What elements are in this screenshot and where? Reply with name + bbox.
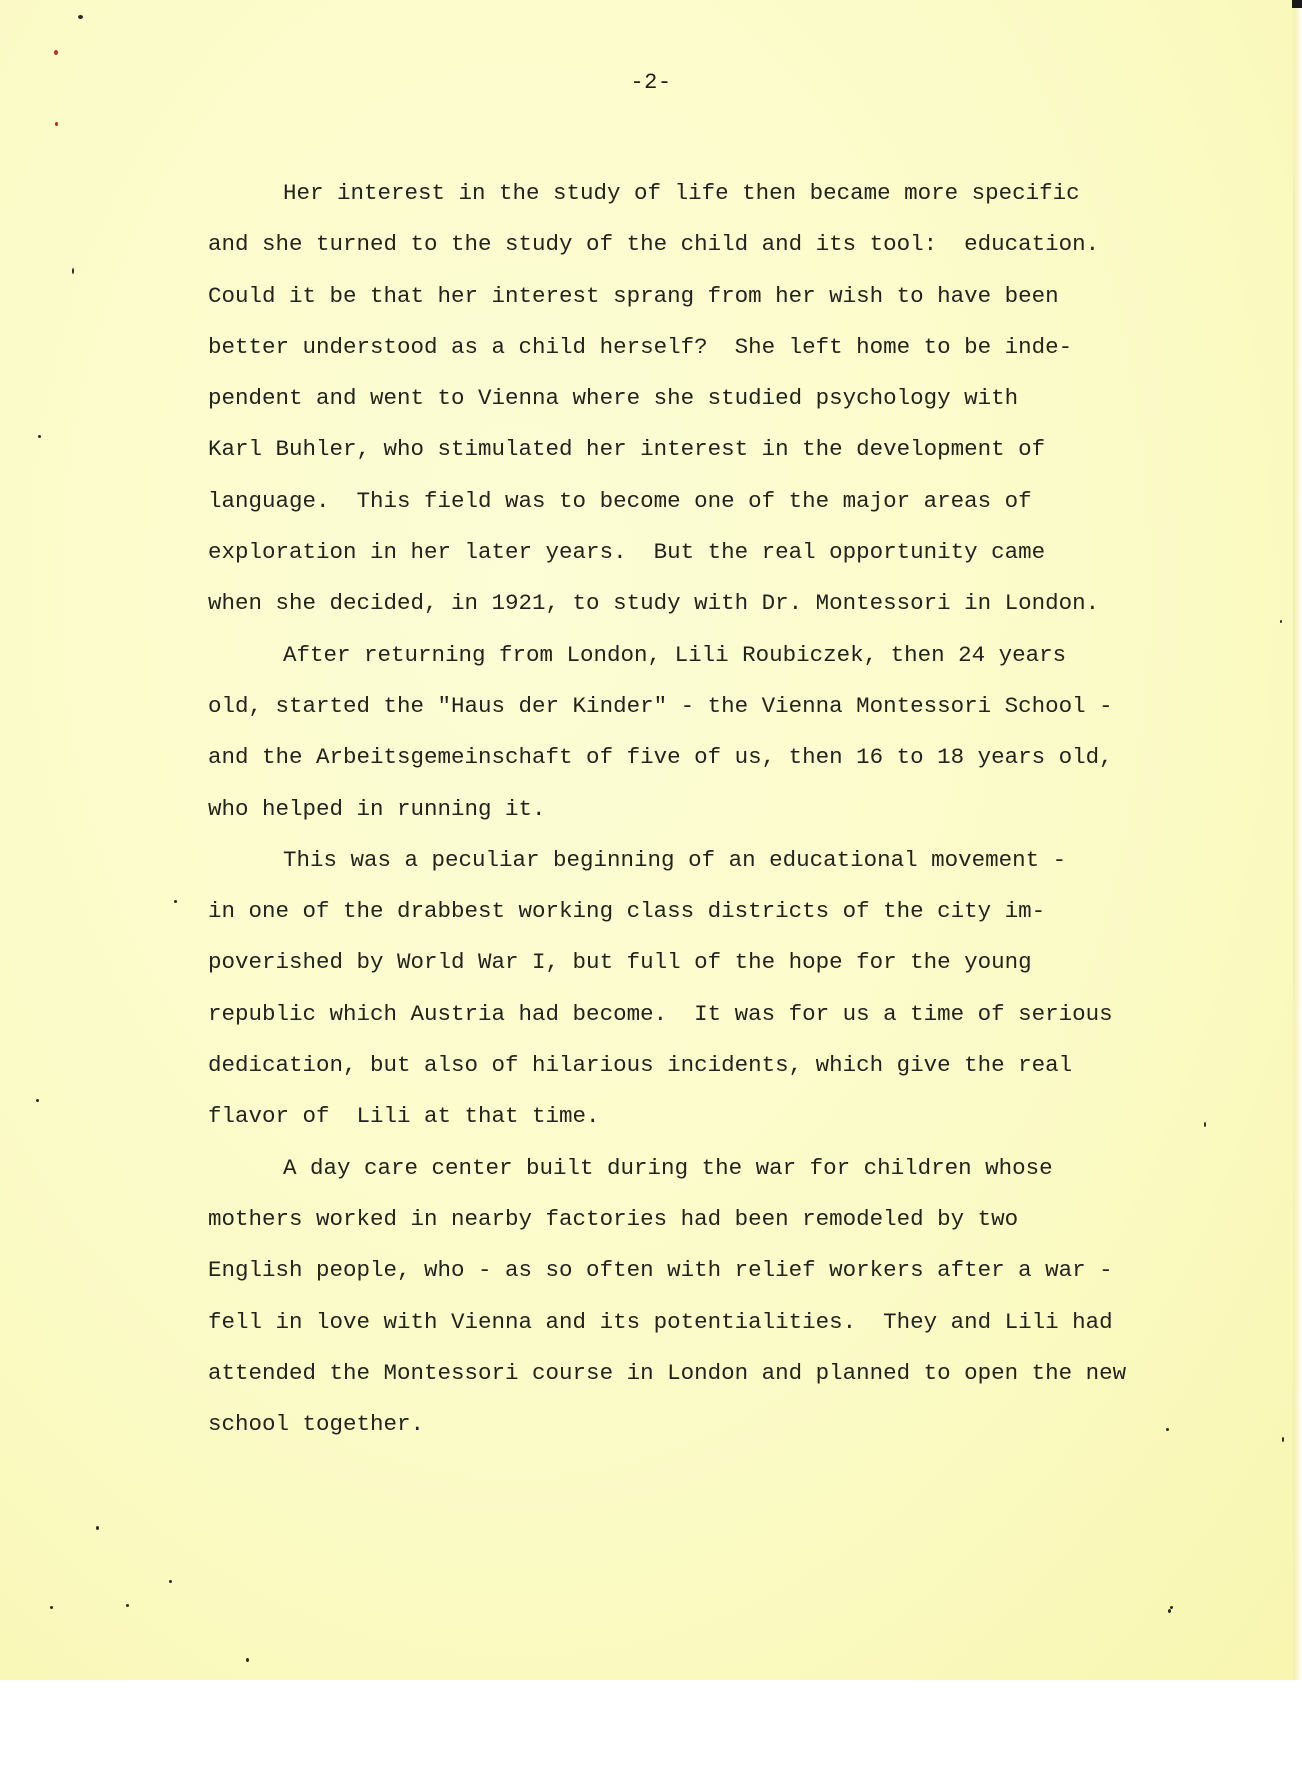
text-line: poverished by World War I, but full of t… (208, 937, 1198, 988)
text-line: language. This field was to become one o… (208, 476, 1198, 527)
scan-speck (36, 1099, 39, 1102)
text-line: attended the Montessori course in London… (208, 1348, 1198, 1399)
text-line: school together. (208, 1399, 1198, 1450)
text-line: Could it be that her interest sprang fro… (208, 271, 1198, 322)
page-edge-shadow (1293, 0, 1302, 1680)
scan-speck (78, 15, 83, 19)
text-line: After returning from London, Lili Roubic… (208, 630, 1198, 681)
scan-speck (50, 1606, 53, 1609)
text-line: and she turned to the study of the child… (208, 219, 1198, 270)
text-line: exploration in her later years. But the … (208, 527, 1198, 578)
text-line: flavor of Lili at that time. (208, 1091, 1198, 1142)
text-line: in one of the drabbest working class dis… (208, 886, 1198, 937)
text-line: pendent and went to Vienna where she stu… (208, 373, 1198, 424)
page-number: -2- (0, 70, 1302, 95)
scan-speck (72, 268, 74, 274)
scan-speck (1280, 620, 1282, 623)
scan-speck (246, 1658, 249, 1662)
text-line: mothers worked in nearby factories had b… (208, 1194, 1198, 1245)
scan-speck (55, 122, 58, 126)
text-line: republic which Austria had become. It wa… (208, 989, 1198, 1040)
text-line: when she decided, in 1921, to study with… (208, 578, 1198, 629)
scan-speck (1166, 1428, 1169, 1431)
paragraph-4: A day care center built during the war f… (208, 1143, 1198, 1451)
scan-speck (96, 1526, 99, 1530)
text-line: better understood as a child herself? Sh… (208, 322, 1198, 373)
text-line: fell in love with Vienna and its potenti… (208, 1297, 1198, 1348)
text-line: dedication, but also of hilarious incide… (208, 1040, 1198, 1091)
typewritten-body: Her interest in the study of life then b… (208, 168, 1198, 1450)
scan-corner-mark (1292, 0, 1302, 8)
paragraph-1: Her interest in the study of life then b… (208, 168, 1198, 630)
text-line: Karl Buhler, who stimulated her interest… (208, 424, 1198, 475)
text-line: old, started the "Haus der Kinder" - the… (208, 681, 1198, 732)
text-line: English people, who - as so often with r… (208, 1245, 1198, 1296)
text-line: Her interest in the study of life then b… (208, 168, 1198, 219)
text-line: This was a peculiar beginning of an educ… (208, 835, 1198, 886)
scanned-page: -2- Her interest in the study of life th… (0, 0, 1293, 1680)
text-line: who helped in running it. (208, 784, 1198, 835)
text-line: and the Arbeitsgemeinschaft of five of u… (208, 732, 1198, 783)
scan-speck (174, 900, 177, 903)
scan-speck (126, 1604, 129, 1607)
scan-speck (54, 50, 58, 55)
paragraph-2: After returning from London, Lili Roubic… (208, 630, 1198, 835)
scan-speck (1282, 1437, 1284, 1442)
paragraph-3: This was a peculiar beginning of an educ… (208, 835, 1198, 1143)
scan-speck (169, 1580, 172, 1583)
text-line: A day care center built during the war f… (208, 1143, 1198, 1194)
scan-speck (1204, 1122, 1206, 1127)
scan-speck (1170, 1606, 1173, 1609)
scan-speck (1168, 1609, 1171, 1613)
scan-speck (38, 435, 41, 438)
